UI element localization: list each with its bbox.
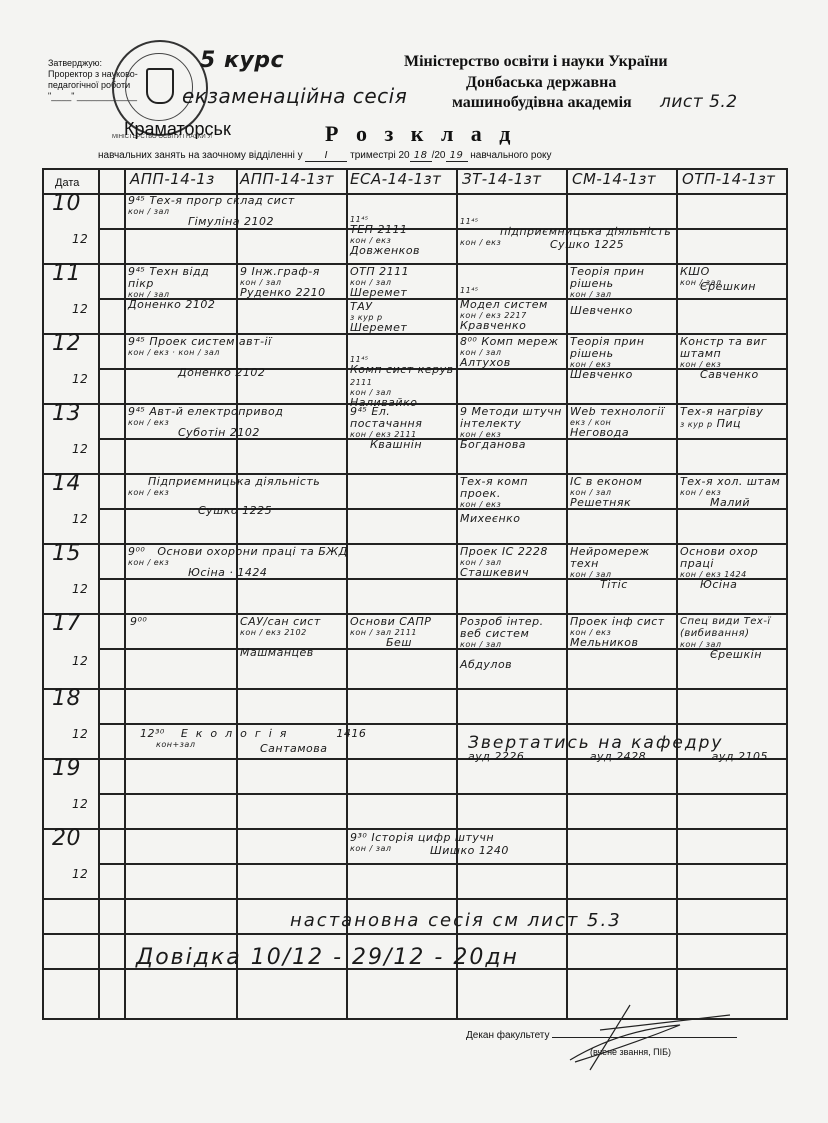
class-entry: 9⁴⁵ Техн відд пікр кон / зал Доненко 210…	[128, 266, 234, 311]
class-entry: 9⁴⁵ Тех-я прогр склад сист кон / зал Гім…	[128, 195, 344, 228]
column-header-group-3: ЕСА-14-1зт	[350, 173, 441, 185]
date-month: 12	[72, 798, 88, 810]
class-entry: Розроб інтер. веб систем кон / зал Абдул…	[460, 616, 564, 671]
class-entry: 9⁴⁵ Авт-й електропривод кон / екз Суботі…	[128, 406, 344, 439]
subtitle-prefix: навчальних занять на заочному відділенні…	[98, 150, 303, 161]
class-entry: 9⁰⁰ Основи охорони праці та БЖД кон / ек…	[128, 546, 454, 579]
subtitle: навчальних занять на заочному відділенні…	[98, 150, 552, 162]
class-entry: Підприємницька діяльність кон / екз Сушк…	[128, 476, 454, 517]
date-month: 12	[72, 728, 88, 740]
session-note: екзаменаційна сесія	[182, 84, 407, 108]
class-entry: Теорія прин рішень кон / зал Шевченко	[570, 266, 674, 317]
date-month: 12	[72, 373, 88, 385]
class-entry: Спец види Тех-ї (вибивання) кон / зал Єр…	[680, 616, 784, 661]
class-entry: ІС в економ кон / зал Решетняк	[570, 476, 674, 509]
class-entry: 11⁴⁵ ТЕП 2111 кон / екз Довженков	[350, 215, 454, 257]
class-entry: 9⁴⁵ Проек систем авт-ії кон / екз · кон …	[128, 336, 344, 379]
institution-line-1: Донбаська державна	[466, 74, 616, 92]
date-day: 10	[52, 198, 81, 210]
date-month: 12	[72, 655, 88, 667]
date-day: 14	[52, 478, 81, 490]
class-entry: Тех-я комп проек. кон / екз Михеєнко	[460, 476, 564, 525]
date-day: 13	[52, 408, 81, 420]
date-day: 19	[52, 763, 81, 775]
setup-session-note: настановна сесія см лист 5.3	[290, 915, 622, 927]
class-entry: 9³⁰ Історія цифр штучн кон / зал Шишко 1…	[350, 832, 570, 857]
class-entry: 9 Інж.граф-я кон / зал Руденко 2210	[240, 266, 344, 299]
date-month: 12	[72, 443, 88, 455]
date-day: 20	[52, 833, 81, 845]
column-header-group-5: СМ-14-1зт	[572, 173, 656, 185]
class-entry: ОТП 2111 кон / зал Шеремет	[350, 266, 454, 299]
column-header-group-6: ОТП-14-1зт	[682, 173, 775, 185]
city: Краматорськ	[124, 119, 231, 140]
class-entry: Тех-я хол. штам кон / екз Малий	[680, 476, 784, 509]
class-entry: 8⁰⁰ Комп мереж кон / зал Алтухов	[460, 336, 564, 369]
year-sep: /20	[432, 150, 446, 161]
date-month: 12	[72, 583, 88, 595]
class-entry: Проек інф сист кон / екз Мельников	[570, 616, 674, 649]
date-day: 17	[52, 618, 81, 630]
institution-line-2: машинобудівна академія	[452, 94, 632, 112]
date-month: 12	[72, 513, 88, 525]
class-time: 9⁰⁰	[130, 616, 147, 628]
trimester-value: I	[305, 150, 347, 162]
trident-emblem-icon	[146, 68, 174, 104]
class-entry: 11⁴⁵ Комп сист керув 2111 кон / зал Нали…	[350, 355, 454, 409]
signature-scribble-icon	[530, 1000, 750, 1080]
year-to: 19	[446, 150, 468, 162]
class-entry: Основи САПР кон / зал 2111 Беш	[350, 616, 454, 649]
department-notice: Звертатись на кафедру ауд 2226 ауд 2428 …	[468, 737, 788, 763]
date-month: 12	[72, 303, 88, 315]
subtitle-suffix: навчального року	[470, 150, 551, 161]
column-header-date: Дата	[55, 177, 79, 189]
class-entry: Основи охор праці кон / екз 1424 Юсіна	[680, 546, 784, 591]
subtitle-mid: триместрі 20	[350, 150, 409, 161]
date-day: 15	[52, 548, 81, 560]
class-entry: 11⁴⁵ Модел систем кон / екз 2217 Кравчен…	[460, 286, 564, 332]
column-header-group-2: АПП-14-1зт	[240, 173, 334, 185]
ministry-name: Міністерство освіти і науки України	[404, 53, 668, 71]
class-entry: Web технології екз / кон Неговода	[570, 406, 674, 439]
page-title: Р о з к л а д	[325, 121, 516, 147]
class-entry: Теорія прин рішень кон / екз Шевченко	[570, 336, 674, 381]
column-header-group-4: ЗТ-14-1зт	[462, 173, 541, 185]
class-entry: 9⁴⁵ Ел. постачання кон / екз 2111 Квашні…	[350, 406, 454, 451]
sheet-note: лист 5.2	[660, 92, 738, 112]
reference-note: Довідка 10/12 - 29/12 - 20дн	[136, 952, 519, 964]
class-entry: ТАУ з кур р Шеремет	[350, 301, 454, 334]
column-header-group-1: АПП-14-1з	[130, 173, 215, 185]
class-entry: Нейромереж техн кон / зал Тітіс	[570, 546, 674, 591]
year-from: 18	[410, 150, 432, 162]
course-note: 5 курс	[200, 48, 284, 73]
class-entry: КШО кон / зал Єрешкин	[680, 266, 784, 293]
class-entry: Констр та виг штамп кон / екз Савченко	[680, 336, 784, 381]
class-entry: 11⁴⁵ підприємницька діяльність кон / екз…	[460, 217, 676, 251]
class-entry: Тех-я нагріву з кур р Пиц	[680, 406, 784, 430]
date-day: 11	[52, 268, 81, 280]
date-day: 18	[52, 693, 81, 705]
date-month: 12	[72, 868, 88, 880]
date-day: 12	[52, 338, 81, 350]
class-entry: 12³⁰ Екологія 1416 кон+зал Сантамова	[140, 728, 450, 755]
class-entry: Проек ІС 2228 кон / зал Сташкевич	[460, 546, 564, 579]
date-month: 12	[72, 233, 88, 245]
class-entry: САУ/сан сист кон / екз 2102 Машманцев	[240, 616, 344, 659]
class-entry: 9 Методи штучн інтелекту кон / екз Богда…	[460, 406, 564, 451]
